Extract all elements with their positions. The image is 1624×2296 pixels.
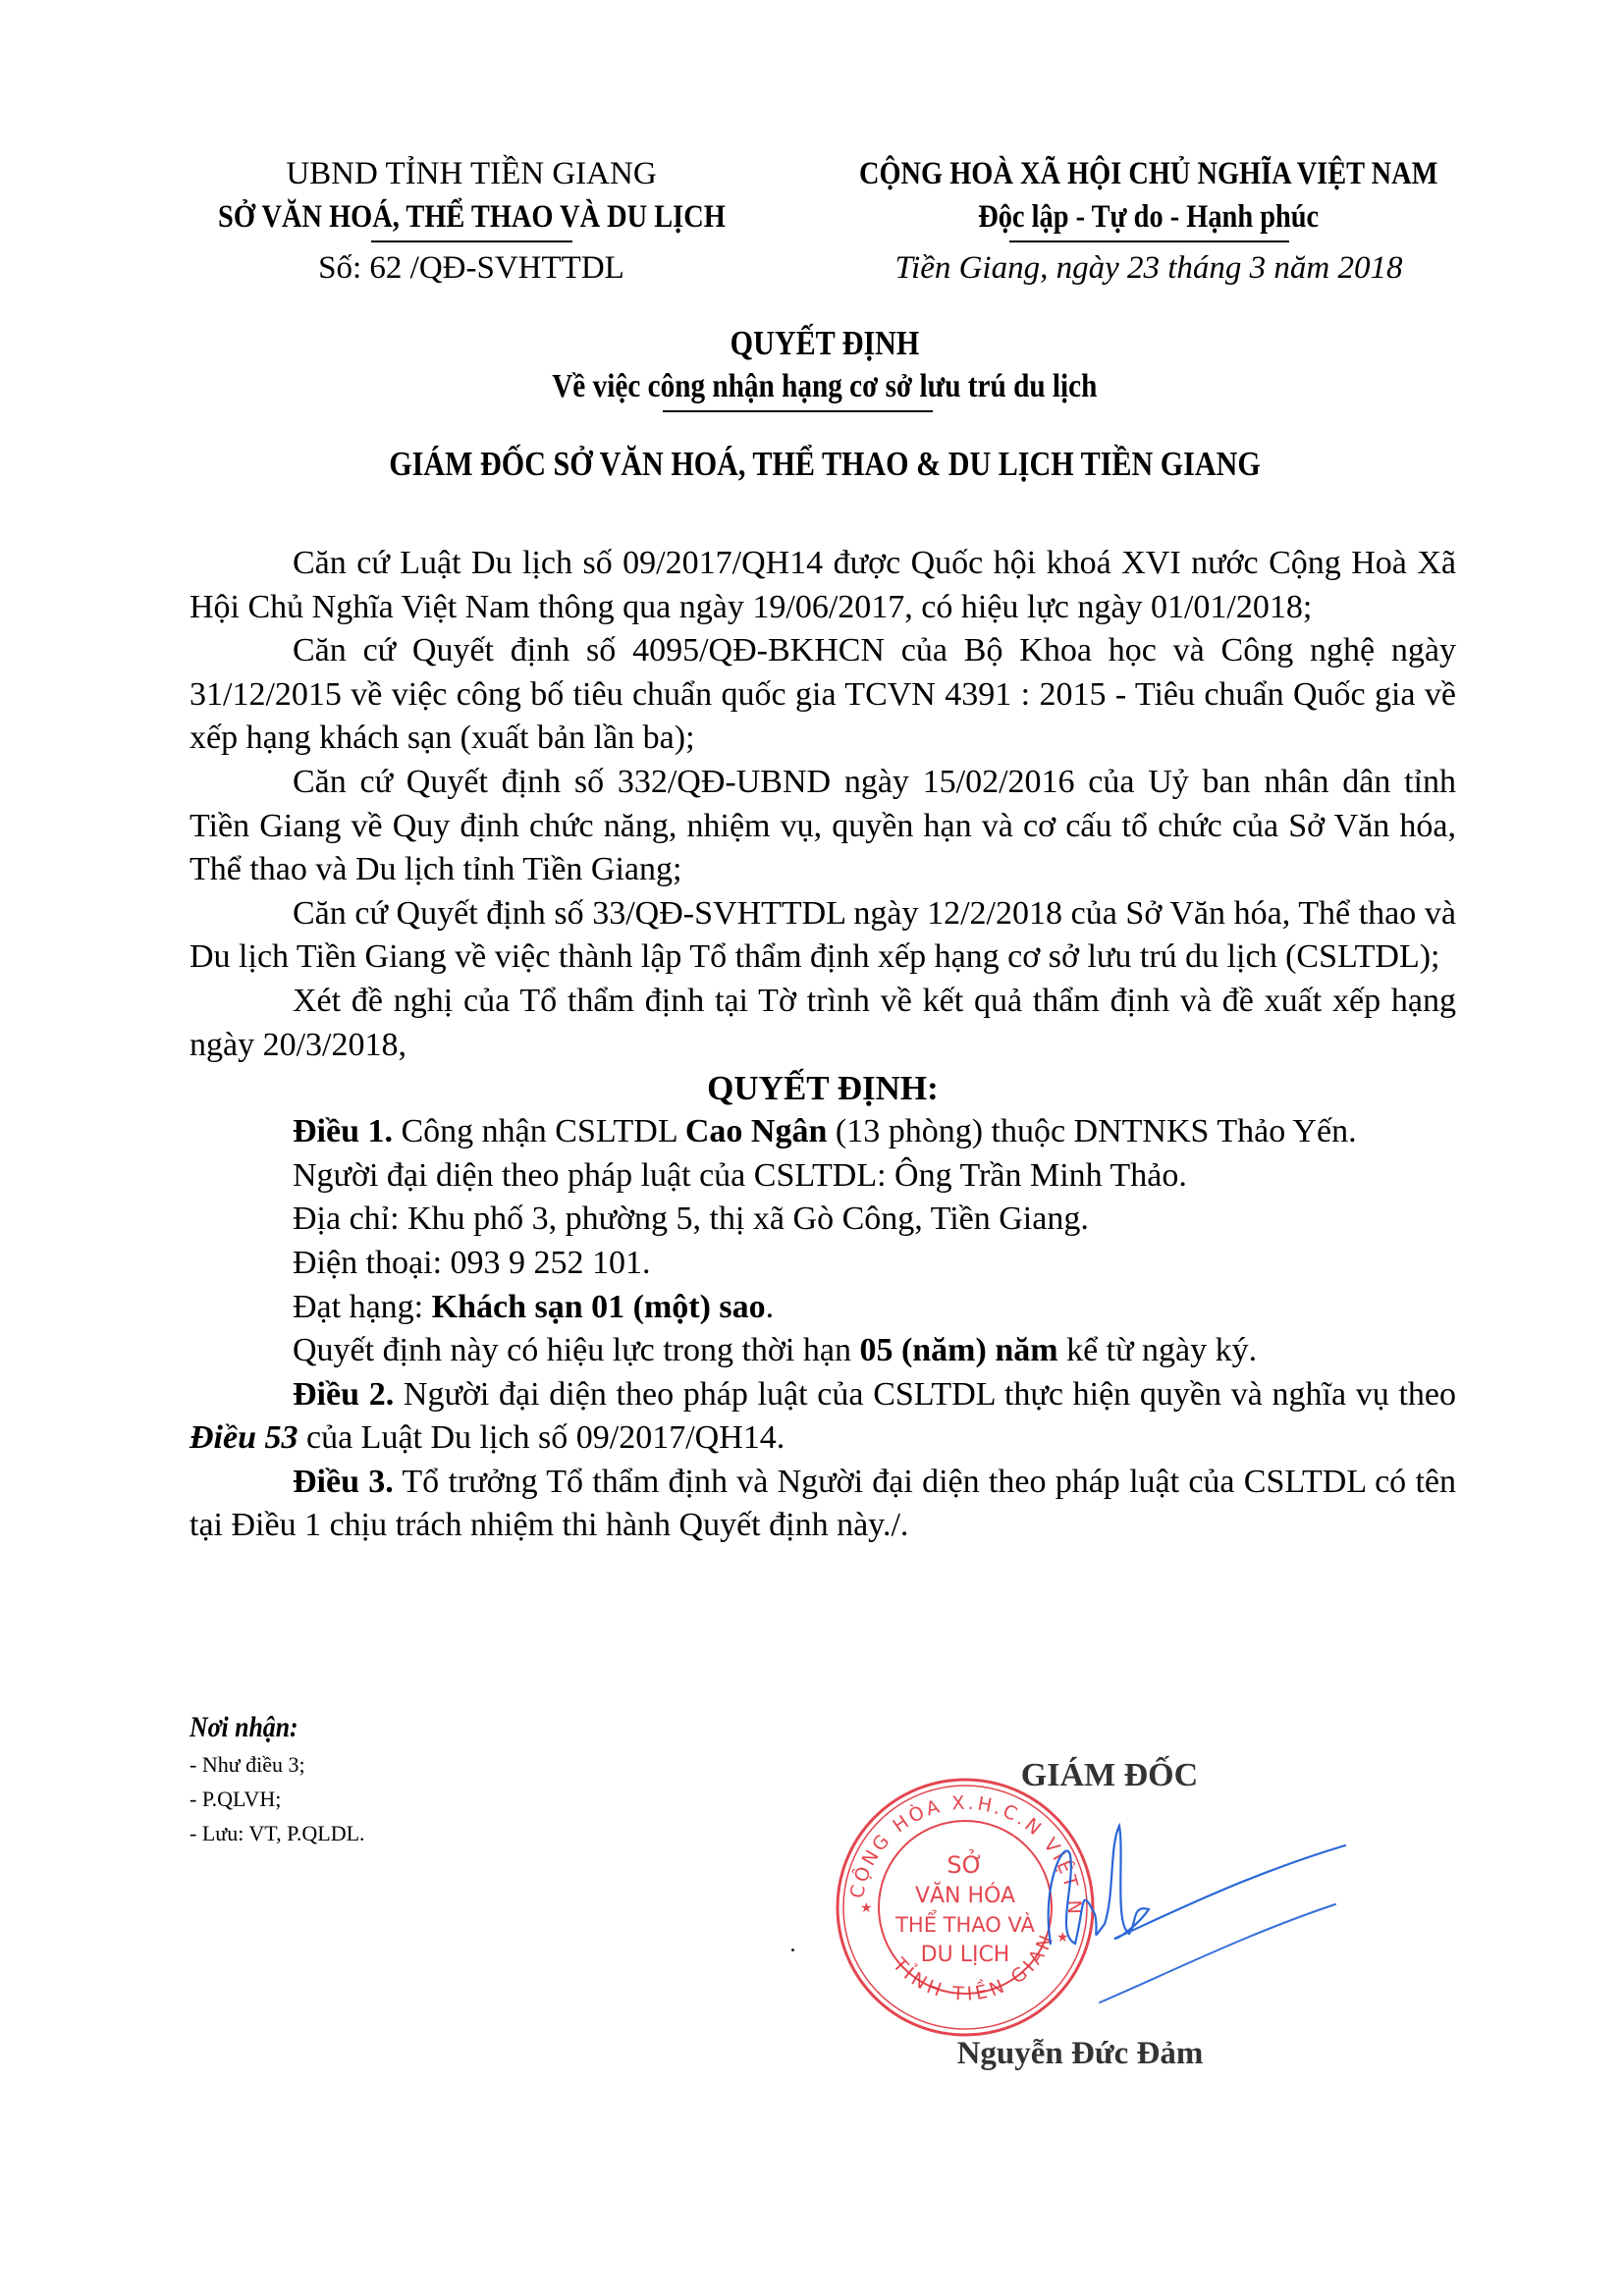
document-type: QUYẾT ĐỊNH — [147, 322, 1502, 365]
recipient-item: - P.QLVH; — [189, 1782, 365, 1816]
document-number: Số: 62 /QĐ-SVHTTDL — [147, 246, 795, 290]
preamble-paragraph: Căn cứ Luật Du lịch số 09/2017/QH14 được… — [189, 542, 1456, 629]
national-motto: Độc lập - Tự do - Hạnh phúc — [785, 195, 1512, 239]
country-name: CỘNG HOÀ XÃ HỘI CHỦ NGHĨA VIỆT NAM — [785, 152, 1512, 195]
validity: Quyết định này có hiệu lực trong thời hạ… — [189, 1329, 1456, 1373]
recipient-item: - Như điều 3; — [189, 1747, 365, 1782]
signer-name: Nguyễn Đức Đảm — [874, 2036, 1286, 2072]
title-block: QUYẾT ĐỊNH Về việc công nhận hạng cơ sở … — [147, 322, 1502, 487]
issuing-authority-block: UBND TỈNH TIỀN GIANG SỞ VĂN HOÁ, THỂ THA… — [147, 152, 795, 290]
stamp-center-line: THỂ THAO VÀ — [894, 1910, 1035, 1937]
scan-speck — [791, 1949, 794, 1951]
article-1: Điều 1. Công nhận CSLTDL Cao Ngân (13 ph… — [189, 1110, 1456, 1154]
place-date: Tiền Giang, ngày 23 tháng 3 năm 2018 — [785, 246, 1512, 290]
article-2-label: Điều 2. — [293, 1376, 394, 1413]
article-2: Điều 2. Người đại diện theo pháp luật củ… — [189, 1373, 1456, 1461]
address: Địa chỉ: Khu phố 3, phường 5, thị xã Gò … — [189, 1198, 1456, 1242]
article-1-label: Điều 1. — [293, 1113, 393, 1149]
department-underline — [371, 240, 572, 242]
phone: Điện thoại: 093 9 252 101. — [189, 1242, 1456, 1286]
handwritten-signature-icon — [1021, 1816, 1355, 2012]
authority-name: UBND TỈNH TIỀN GIANG — [147, 152, 795, 195]
article-reference: Điều 53 — [189, 1419, 298, 1456]
stamp-center-line: DU LỊCH — [921, 1943, 1010, 1967]
article-3-label: Điều 3. — [293, 1464, 394, 1500]
document-body: Căn cứ Luật Du lịch số 09/2017/QH14 được… — [189, 542, 1456, 1548]
establishment-name: Cao Ngân — [685, 1113, 828, 1149]
preamble-paragraph: Căn cứ Quyết định số 332/QĐ-UBND ngày 15… — [189, 761, 1456, 892]
recipients-title: Nơi nhận: — [189, 1708, 365, 1747]
preamble-paragraph: Căn cứ Quyết định số 4095/QĐ-BKHCN của B… — [189, 629, 1456, 761]
motto-underline — [1009, 240, 1289, 242]
document-subject: Về việc công nhận hạng cơ sở lưu trú du … — [147, 365, 1502, 408]
stamp-center-line: VĂN HÓA — [915, 1882, 1015, 1908]
svg-text:★: ★ — [860, 1900, 873, 1916]
recipients-block: Nơi nhận: - Như điều 3; - P.QLVH; - Lưu:… — [189, 1708, 365, 1850]
department-name: SỞ VĂN HOÁ, THỂ THAO VÀ DU LỊCH — [147, 195, 795, 239]
validity-period: 05 (năm) năm — [859, 1332, 1057, 1368]
decision-heading: QUYẾT ĐỊNH: — [189, 1067, 1456, 1110]
subject-underline — [663, 410, 933, 412]
stamp-center-line: SỞ — [947, 1848, 983, 1879]
article-3: Điều 3. Tổ trưởng Tổ thẩm định và Người … — [189, 1461, 1456, 1548]
rank: Đạt hạng: Khách sạn 01 (một) sao. — [189, 1286, 1456, 1330]
recipient-item: - Lưu: VT, P.QLDL. — [189, 1816, 365, 1850]
preamble-paragraph: Căn cứ Quyết định số 33/QĐ-SVHTTDL ngày … — [189, 892, 1456, 980]
national-heading-block: CỘNG HOÀ XÃ HỘI CHỦ NGHĨA VIỆT NAM Độc l… — [785, 152, 1512, 290]
legal-representative: Người đại diện theo pháp luật của CSLTDL… — [189, 1154, 1456, 1199]
issuer-title: GIÁM ĐỐC SỞ VĂN HOÁ, THỂ THAO & DU LỊCH … — [147, 442, 1502, 487]
rank-value: Khách sạn 01 (một) sao — [432, 1289, 766, 1325]
preamble-paragraph: Xét đề nghị của Tổ thẩm định tại Tờ trìn… — [189, 980, 1456, 1067]
